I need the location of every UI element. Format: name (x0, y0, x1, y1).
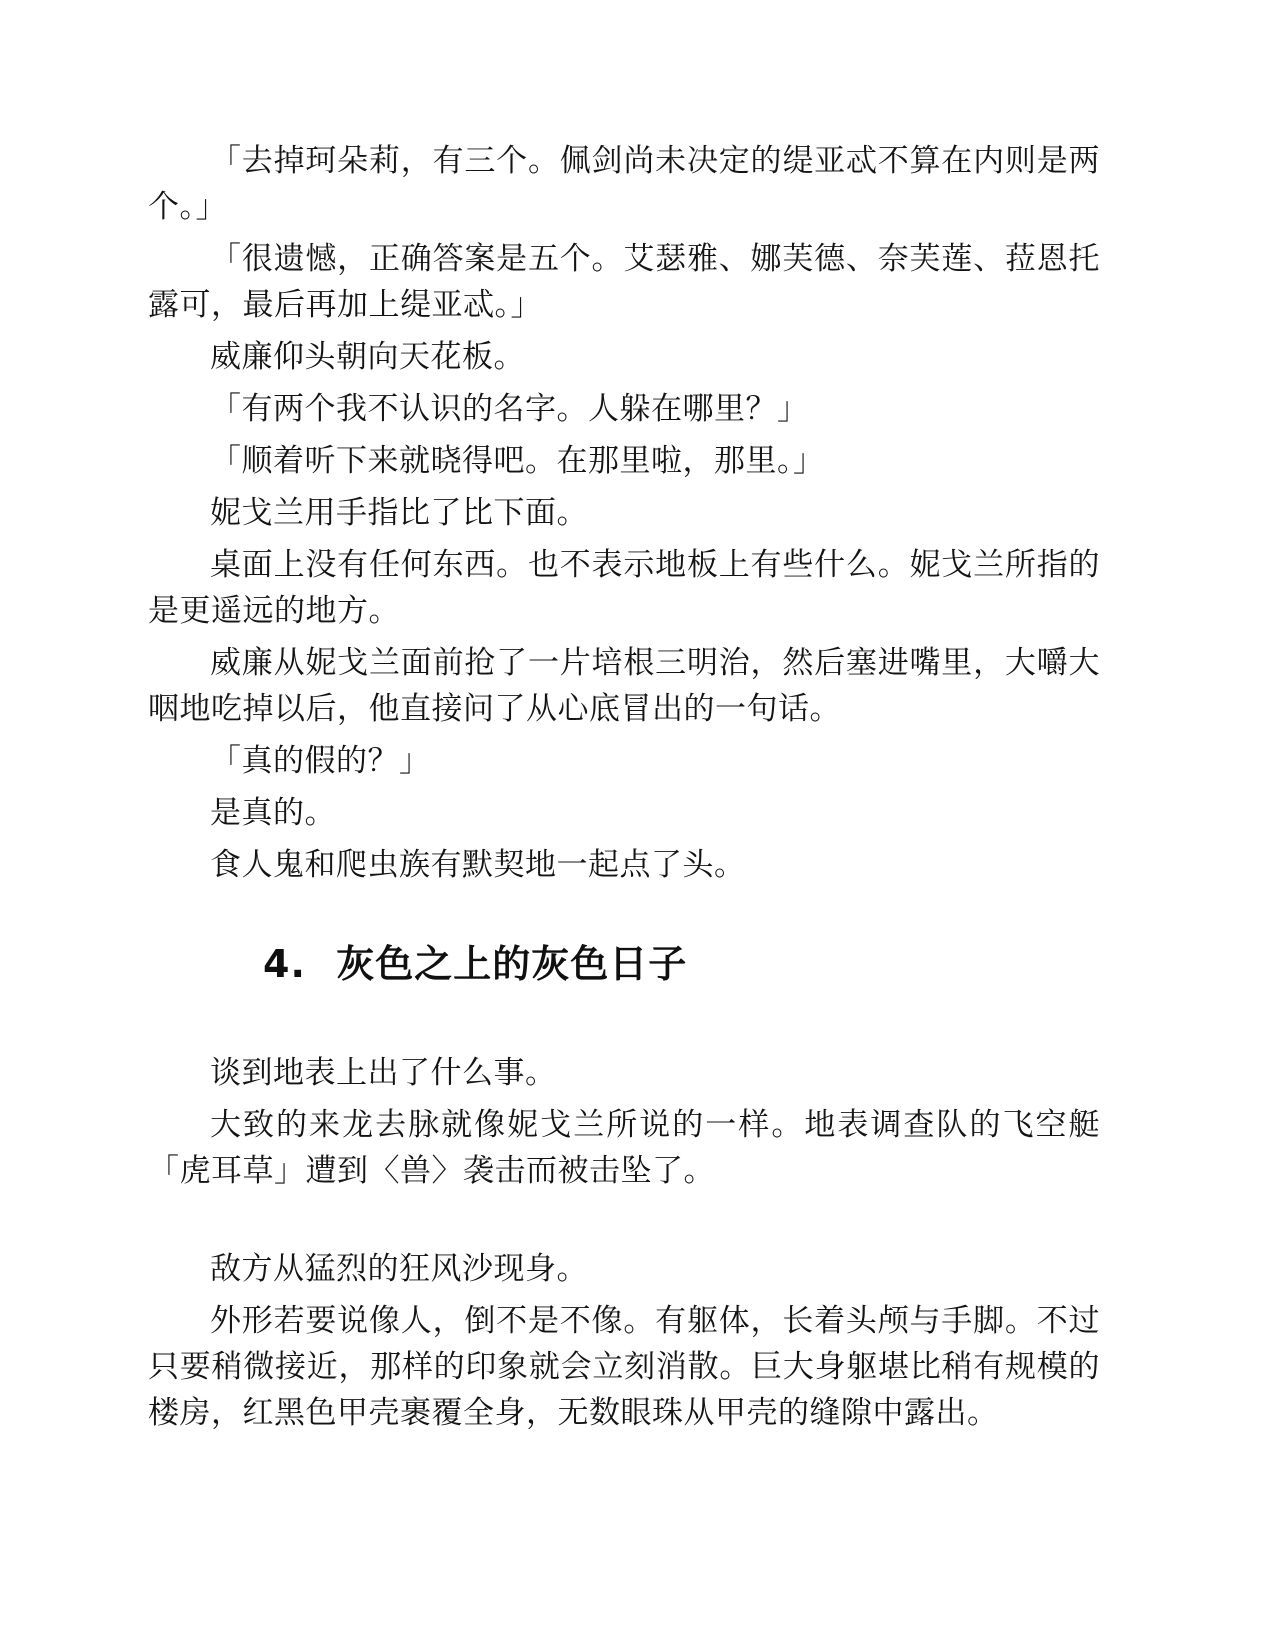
paragraph: 谈到地表上出了什么事。 (148, 1050, 1100, 1096)
paragraph: 大致的来龙去脉就像妮戈兰所说的一样。地表调查队的飞空艇「虎耳草」遭到〈兽〉袭击而… (148, 1102, 1100, 1194)
chapter-heading: 4.灰色之上的灰色日子 (263, 940, 1100, 988)
paragraph: 威廉从妮戈兰面前抢了一片培根三明治，然后塞进嘴里，大嚼大咽地吃掉以后，他直接问了… (148, 640, 1100, 732)
paragraph: 敌方从猛烈的狂风沙现身。 (148, 1246, 1100, 1292)
paragraph: 妮戈兰用手指比了比下面。 (148, 490, 1100, 536)
paragraph: 「真的假的？」 (148, 738, 1100, 784)
paragraph: 「去掉珂朵莉，有三个。佩剑尚未决定的缇亚忒不算在内则是两个。」 (148, 138, 1100, 230)
paragraph: 桌面上没有任何东西。也不表示地板上有些什么。妮戈兰所指的是更遥远的地方。 (148, 542, 1100, 634)
paragraph: 是真的。 (148, 790, 1100, 836)
book-page: 「去掉珂朵莉，有三个。佩剑尚未决定的缇亚忒不算在内则是两个。」 「很遗憾，正确答… (0, 0, 1275, 1650)
paragraph: 「顺着听下来就晓得吧。在那里啦，那里。」 (148, 438, 1100, 484)
text-column: 「去掉珂朵莉，有三个。佩剑尚未决定的缇亚忒不算在内则是两个。」 「很遗憾，正确答… (148, 138, 1100, 1436)
paragraph: 外形若要说像人，倒不是不像。有躯体，长着头颅与手脚。不过只要稍微接近，那样的印象… (148, 1298, 1100, 1436)
paragraph: 「有两个我不认识的名字。人躲在哪里？」 (148, 386, 1100, 432)
chapter-title: 灰色之上的灰色日子 (336, 942, 687, 986)
paragraph: 食人鬼和爬虫族有默契地一起点了头。 (148, 842, 1100, 888)
chapter-number: 4. (263, 942, 306, 986)
paragraph: 「很遗憾，正确答案是五个。艾瑟雅、娜芙德、奈芙莲、菈恩托露可，最后再加上缇亚忒。… (148, 236, 1100, 328)
paragraph: 威廉仰头朝向天花板。 (148, 334, 1100, 380)
